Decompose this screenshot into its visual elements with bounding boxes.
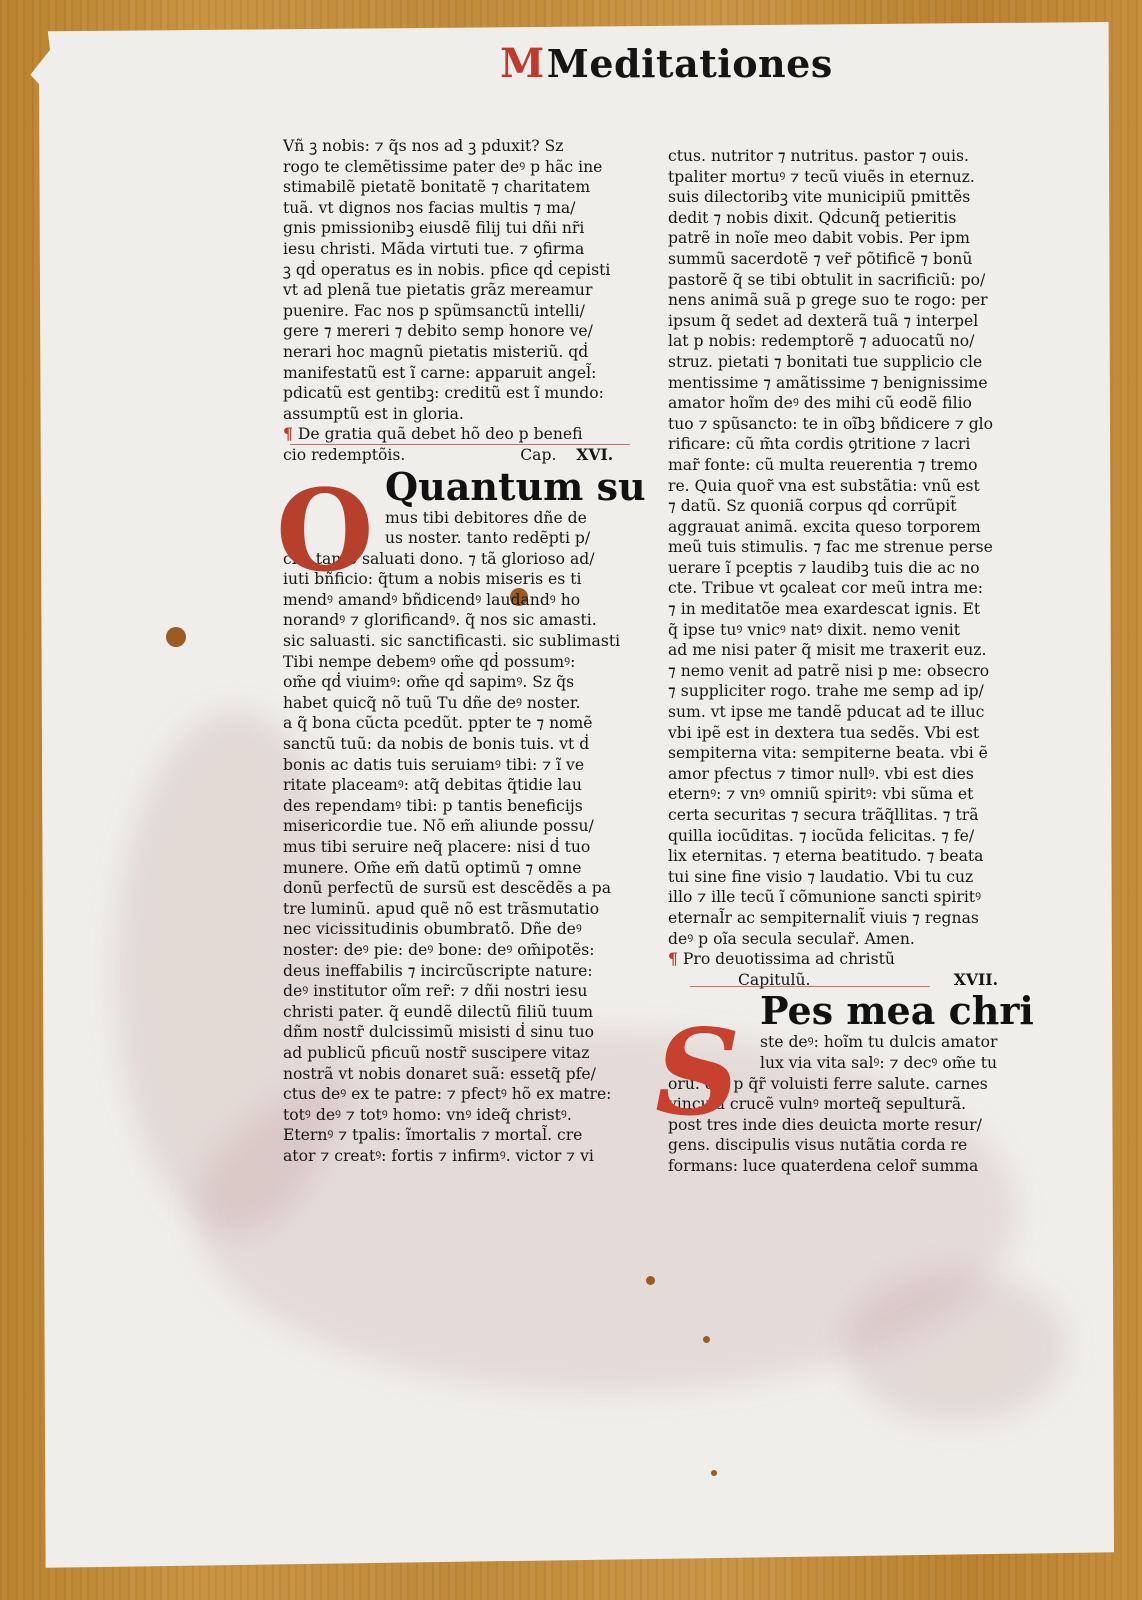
text-line: Tibi nempe debemꝰ om̃e qḋ possumꝰ: — [283, 652, 633, 673]
text-line: ⁊ nemo venit ad patrẽ nisi p me: obsecro — [668, 661, 1018, 682]
text-line: re. Quia quor̃ vna est substãtia: vnũ es… — [668, 476, 1018, 497]
text-line: manifestatũ est ĩ carne: apparuit angel̃… — [283, 363, 633, 384]
text-line: suis dilectoribꝫ vite municipiũ pmittẽs — [668, 187, 1018, 208]
text-line: lat p nobis: redemptorẽ ⁊ aduocatũ no/ — [668, 331, 1018, 352]
text-line: puenire. Fac nos p spũmsanctũ intelli/ — [283, 301, 633, 322]
text-line: summũ sacerdotẽ ⁊ ver̃ põtificẽ ⁊ bonũ — [668, 249, 1018, 270]
left-column: Vñ ꝫ nobis: ⁊ q̃s nos ad ꝫ pduxit? Sz ro… — [283, 136, 633, 1167]
text-line: habet quicq̃ nõ tuũ Tu dñe deꝰ noster. — [283, 693, 633, 714]
running-head-title: Meditationes — [547, 41, 833, 86]
text-line: tre luminũ. apud quẽ nõ est trãsmutatio — [283, 899, 633, 920]
text-line: nens animã suã p grege suo te rogo: per — [668, 290, 1018, 311]
text-line: amor pfectus ⁊ timor nullꝰ. vbi est dies — [668, 764, 1018, 785]
text-line: misericordie tue. Nõ em̃ aliunde possu/ — [283, 816, 633, 837]
text-line: tuo ⁊ spũsancto: te in oĩbꝫ bñdicere ⁊ g… — [668, 414, 1018, 435]
text-line: mus tibi debitores dñe de — [385, 508, 633, 529]
text-line: mar̃ fonte: cũ multa reuerentia ⁊ tremo — [668, 455, 1018, 476]
text-line: meũ tuis stimulis. ⁊ fac me strenue pers… — [668, 537, 1018, 558]
text-line: dedit ⁊ nobis dixit. Qḋcunq̃ petieritis — [668, 208, 1018, 229]
text-line: deꝰ institutor oĩm rer̃: ⁊ dñi nostri ie… — [283, 981, 633, 1002]
running-head: MMeditationes — [500, 40, 833, 87]
text-line: lix eternitas. ⁊ eterna beatitudo. ⁊ bea… — [668, 846, 1018, 867]
text-line: pdicatũ est gentibꝫ: creditũ est ĩ mundo… — [283, 383, 633, 404]
text-line: mentissime ⁊ amãtissime ⁊ benignissime — [668, 373, 1018, 394]
text-line: Vñ ꝫ nobis: ⁊ q̃s nos ad ꝫ pduxit? Sz — [283, 136, 633, 157]
text-line: ad publicũ pficuũ nostr̃ suscipere vitaz — [283, 1043, 633, 1064]
rubric-rule — [690, 986, 930, 987]
text-line: sempiterna vita: sempiterne beata. vbi ẽ — [668, 743, 1018, 764]
chapter-heading-text: cio redemptõis. — [283, 445, 405, 466]
text-line: deꝰ p oĩa secula secular̃. Amen. — [668, 929, 1018, 950]
text-line: ritate placeamꝰ: atq̃ debitas q̃tidie la… — [283, 775, 633, 796]
display-incipit: Pes mea chri — [760, 990, 1018, 1032]
text-line: ⁊ datũ. Sz quoniã corpus qḋ corrũpit̃ — [668, 496, 1018, 517]
text-line: formans: luce quaterdena celor̃ summa — [668, 1156, 1018, 1177]
text-line: rificare: cũ m̃ta cordis ꝯtritione ⁊ lac… — [668, 434, 1018, 455]
text-line: quilla iocũditas. ⁊ iocũda felicitas. ⁊ … — [668, 826, 1018, 847]
text-line: a q̃ bona cũcta pcedũt. ppter te ⁊ nomẽ — [283, 713, 633, 734]
text-line: certa securitas ⁊ secura trãq̃llitas. ⁊ … — [668, 805, 1018, 826]
text-line: illo ⁊ ille tecũ ĩ cõmunione sancti spir… — [668, 887, 1018, 908]
text-line: q̃ ipse tuꝰ vnicꝰ natꝰ dixit. nemo venit — [668, 620, 1018, 641]
worm-hole — [646, 1276, 655, 1285]
text-line: uerare ĩ pceptis ⁊ laudibꝫ tuis die ac n… — [668, 558, 1018, 579]
text-line: tpaliter mortuꝰ ⁊ tecũ viuẽs in eternuz. — [668, 167, 1018, 188]
text-line: nerari hoc magnũ pietatis misteriũ. qḋ — [283, 342, 633, 363]
text-line: eternal̃r ac sempiternalit̃ viuis ⁊ regn… — [668, 908, 1018, 929]
text-line: eternꝰ: ⁊ vnꝰ omniũ spiritꝰ: vbi sũma et — [668, 784, 1018, 805]
text-line: ⁊ in meditatõe mea exardescat ignis. Et — [668, 599, 1018, 620]
text-line: christi pater. q̃ eundẽ dilectũ filiũ tu… — [283, 1002, 633, 1023]
worm-hole — [703, 1336, 710, 1343]
text-line: vbi ipẽ est in dextera tua sedẽs. Vbi es… — [668, 723, 1018, 744]
text-line: ste deꝰ: hoĩm tu dulcis amator — [760, 1032, 1018, 1053]
chapter-number: XVI. — [576, 445, 613, 464]
text-line: assumptũ est in gloria. — [283, 404, 633, 425]
text-line: nec vicissitudinis obumbratõ. Dñe deꝰ — [283, 919, 633, 940]
text-line: struz. pietati ⁊ bonitati tue supplicio … — [668, 352, 1018, 373]
worm-hole — [166, 627, 186, 647]
text-line: patrẽ in noĩe meo dabit vobis. Per ipm — [668, 228, 1018, 249]
text-line: Eternꝰ ⁊ tpalis: ĩmortalis ⁊ mortal̃. cr… — [283, 1125, 633, 1146]
chapter-number: XVII. — [954, 970, 998, 991]
text-line: us noster. tanto redẽpti p/ — [385, 528, 633, 549]
text-line: ꝫ qḋ operatus es in nobis. pfice qḋ cepi… — [283, 260, 633, 281]
text-line: ator ⁊ creatꝰ: fortis ⁊ infirmꝰ. victor … — [283, 1146, 633, 1167]
chapter-heading-text: Capitulũ. — [738, 970, 811, 991]
display-incipit: Quantum su — [385, 466, 633, 508]
text-line: donũ perfectũ de sursũ est descẽdẽs a pa — [283, 878, 633, 899]
paragraph-mark-icon: ¶ — [668, 949, 678, 968]
text-line: tui sine fine visio ⁊ laudatio. Vbi tu c… — [668, 867, 1018, 888]
text-line: pastorẽ q̃ se tibi obtulit in sacrificiũ… — [668, 270, 1018, 291]
text-line: ipsum q̃ sedet ad dexterã tuã ⁊ interpel — [668, 311, 1018, 332]
chapter-heading-text: Pro deuotissima ad christũ — [683, 950, 895, 968]
text-line: cte. Tribue vt ꝯcaleat cor meũ intra me: — [668, 578, 1018, 599]
text-line: deus ineffabilis ⁊ incircũscripte nature… — [283, 961, 633, 982]
text-line: om̃e qḋ viuimꝰ: om̃e qḋ sapimꝰ. Sz q̃s — [283, 672, 633, 693]
text-line: sum. vt ipse me tandẽ pducat ad te illuc — [668, 702, 1018, 723]
worm-hole — [711, 1470, 717, 1476]
text-line: nostrã vt nobis donaret suã: essetq̃ pfe… — [283, 1064, 633, 1085]
running-head-rubric: M — [500, 40, 545, 87]
rubricated-initial-o: O — [276, 476, 374, 588]
text-line: des rependamꝰ tibi: p tantis beneficijs — [283, 796, 633, 817]
text-line: sic saluasti. sic sanctificasti. sic sub… — [283, 631, 633, 652]
text-line: amator hoĩm deꝰ des mihi cũ eodẽ filio — [668, 393, 1018, 414]
text-line: munere. Om̃e em̃ datũ optimũ ⁊ omne — [283, 858, 633, 879]
paragraph-mark-icon: ¶ — [283, 424, 293, 443]
rubricated-initial-s: S — [655, 1014, 740, 1132]
text-line: ctus deꝰ ex te patre: ⁊ pfectꝰ hõ ex mat… — [283, 1084, 633, 1105]
text-line: sanctũ tuũ: da nobis de bonis tuis. vt ḋ — [283, 734, 633, 755]
rubric-rule — [290, 444, 630, 445]
text-line: totꝰ deꝰ ⁊ totꝰ homo: vnꝰ ideq̃ christꝰ. — [283, 1105, 633, 1126]
text-line: lux via vita salꝰ: ⁊ decꝰ om̃e tu — [760, 1053, 1018, 1074]
text-line: vt ad plenã tue pietatis grãz mereamur — [283, 280, 633, 301]
text-line: ctus. nutritor ⁊ nutritus. pastor ⁊ ouis… — [668, 146, 1018, 167]
chapter-heading-text: De gratia quã debet hõ deo p benefi — [298, 425, 583, 443]
chapter-label-text: Cap. — [520, 446, 556, 464]
text-line: noster: deꝰ pie: deꝰ bone: deꝰ om̃ipotẽs… — [283, 940, 633, 961]
text-line: dñm nostr̃ dulcissimũ misisti ḋ sinu tuo — [283, 1022, 633, 1043]
text-line: mus tibi seruire neq̃ placere: nisi ḋ tu… — [283, 837, 633, 858]
text-line: iesu christi. Mãda virtuti tue. ⁊ ꝯfirma — [283, 239, 633, 260]
text-line: bonis ac datis tuis seruiamꝰ tibi: ⁊ ĩ v… — [283, 755, 633, 776]
text-line: norandꝰ ⁊ glorificandꝰ. q̃ nos sic amast… — [283, 610, 633, 631]
text-line: ⁊ suppliciter rogo. trahe me semp ad ip/ — [668, 681, 1018, 702]
chapter-heading-line-2: Capitulũ. XVII. — [668, 970, 998, 991]
text-line: aggrauat animã. excita queso torporem — [668, 517, 1018, 538]
text-line: stimabilẽ pietatẽ bonitatẽ ⁊ charitatem — [283, 177, 633, 198]
chapter-heading-line-1: ¶ Pro deuotissima ad christũ — [668, 949, 1018, 970]
chapter-heading-line-1: ¶ De gratia quã debet hõ deo p benefi — [283, 424, 633, 445]
chapter-label: Cap. XVI. — [520, 445, 633, 466]
text-line: rogo te clemẽtissime pater deꝰ p hãc ine — [283, 157, 633, 178]
text-line: ad me nisi pater q̃ misit me traxerit eu… — [668, 640, 1018, 661]
text-line: gere ⁊ mereri ⁊ debito semp honore ve/ — [283, 321, 633, 342]
water-stain — [846, 1272, 1066, 1422]
text-line: gnis pmissionibꝫ eiusdẽ filij tui dñi nr… — [283, 218, 633, 239]
text-line: tuã. vt dignos nos facias multis ⁊ ma/ — [283, 198, 633, 219]
chapter-heading-line-2: cio redemptõis. Cap. XVI. — [283, 445, 633, 466]
